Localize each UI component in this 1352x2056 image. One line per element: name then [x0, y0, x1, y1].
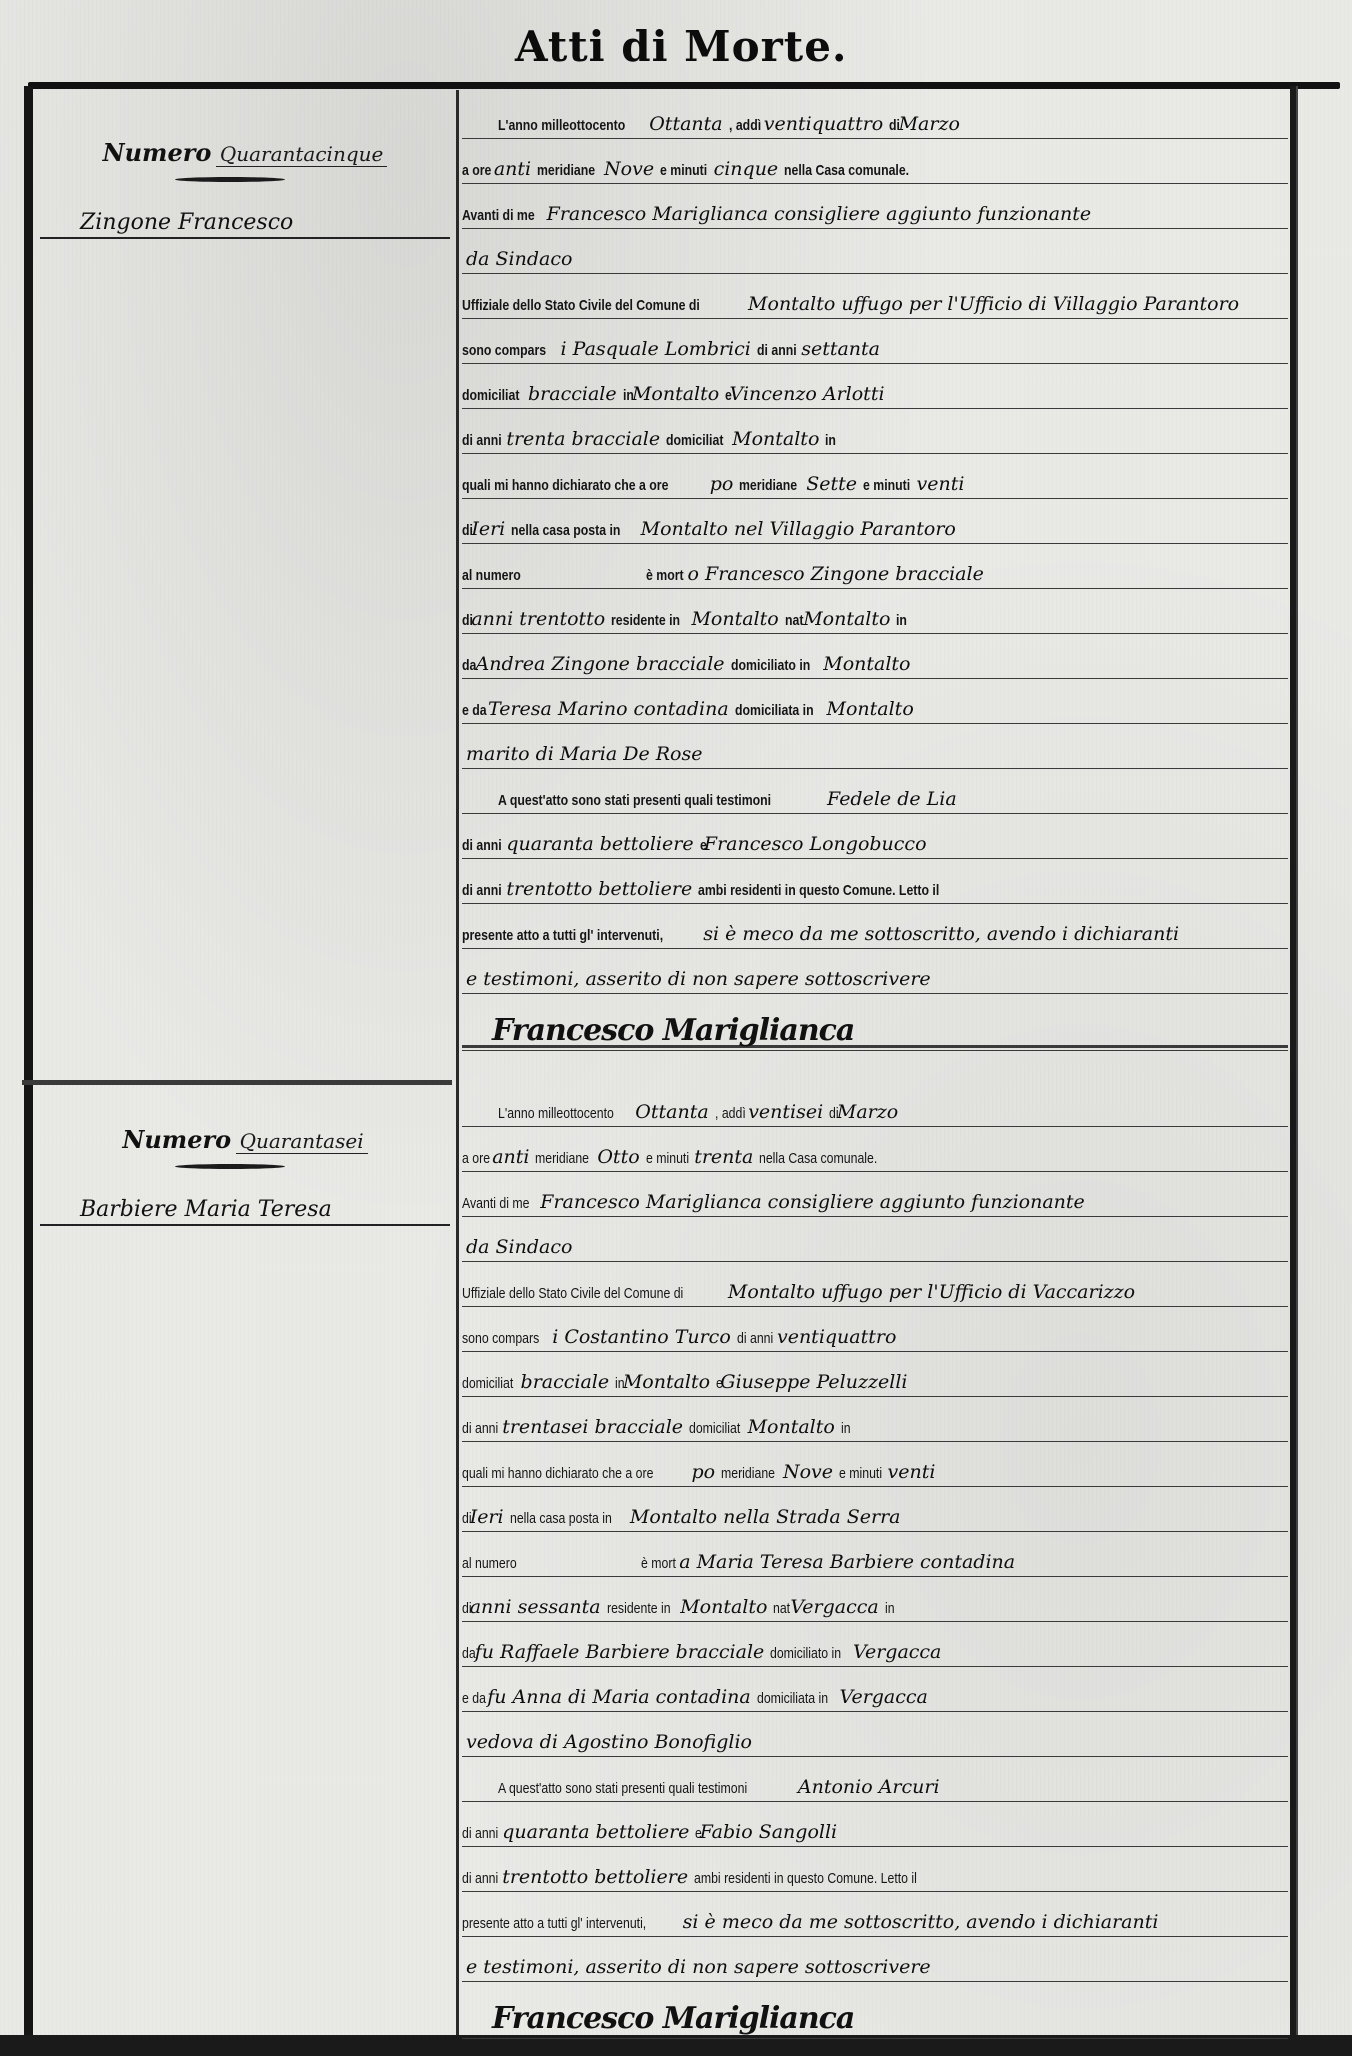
printed-label: Uffiziale dello Stato Civile del Comune …: [462, 1285, 683, 1306]
margin-record-separator: [22, 1080, 452, 1085]
officer-signature: Francesco Mariglianca: [462, 2001, 854, 2038]
printed-label: da: [462, 657, 476, 678]
printed-label: quali mi hanno dichiarato che a ore: [462, 477, 668, 498]
printed-label: , addì: [729, 117, 761, 138]
printed-label: al numero: [462, 1555, 517, 1576]
handwritten-entry: po: [687, 1461, 721, 1486]
handwritten-entry: vedova di Agostino Bonofiglio: [462, 1731, 758, 1756]
printed-label: meridiane: [739, 477, 797, 498]
printed-label: domiciliat: [462, 387, 519, 408]
form-line: a oreantimeridianeOttoe minutitrentanell…: [462, 1127, 1288, 1172]
handwritten-entry: trenta: [690, 1146, 759, 1171]
handwritten-entry: Vergacca: [786, 1596, 884, 1621]
record-number: Numero Quarantasei: [40, 1125, 450, 1154]
printed-label: meridiane: [537, 162, 595, 183]
printed-label: Avanti di me: [462, 1195, 529, 1216]
form-line: e daTeresa Marino contadinadomiciliata i…: [462, 679, 1288, 724]
column-divider: [456, 90, 459, 2050]
flourish-ornament: [175, 177, 285, 182]
printed-label: e minuti: [646, 1150, 689, 1171]
printed-label: e minuti: [863, 477, 910, 498]
death-record-1: L'anno milleottocentoOttanta, addìventiq…: [462, 94, 1288, 1051]
printed-label: in: [885, 1600, 895, 1621]
printed-label: in: [825, 432, 836, 453]
printed-label: A quest'atto sono stati presenti quali t…: [498, 1780, 747, 1801]
handwritten-entry: Montalto: [823, 698, 920, 723]
printed-label: e: [725, 387, 732, 408]
printed-label: da: [462, 1645, 476, 1666]
form-line: di annitrentotto bettoliereambi resident…: [462, 1847, 1288, 1892]
form-line: quali mi hanno dichiarato che a orepomer…: [462, 1442, 1288, 1487]
deceased-name: Barbiere Maria Teresa: [40, 1197, 450, 1226]
form-line: da Sindaco: [462, 229, 1288, 274]
form-line: presente atto a tutti gl' intervenuti,si…: [462, 1892, 1288, 1937]
printed-label: di anni: [737, 1330, 773, 1351]
handwritten-entry: Antonio Arcuri: [794, 1776, 946, 1801]
printed-label: a ore: [462, 1150, 490, 1171]
printed-label: in: [841, 1420, 851, 1441]
form-line: di annitrentotto bettoliereambi resident…: [462, 859, 1288, 904]
printed-label: nat: [773, 1600, 790, 1621]
form-line: domiciliatbraccialeinMontaltoeGiuseppe P…: [462, 1352, 1288, 1397]
handwritten-entry: Otto: [593, 1146, 645, 1171]
margin-entry-2: Numero Quarantasei Barbiere Maria Teresa: [40, 1125, 450, 1226]
form-line: L'anno milleottocentoOttanta, addìventis…: [462, 1082, 1288, 1127]
handwritten-entry: marito di Maria De Rose: [462, 743, 708, 768]
form-line: al numeroè morto Francesco Zingone bracc…: [462, 544, 1288, 589]
handwritten-entry: [526, 585, 646, 588]
death-record-2: L'anno milleottocentoOttanta, addìventis…: [462, 1082, 1288, 2039]
form-line: marito di Maria De Rose: [462, 724, 1288, 769]
handwritten-entry: Teresa Marino contadina: [484, 698, 735, 723]
handwritten-entry: Montalto: [628, 383, 725, 408]
printed-label: in: [896, 612, 907, 633]
handwritten-entry: Giuseppe Peluzzelli: [716, 1371, 913, 1396]
handwritten-entry: e testimoni, asserito di non sapere sott…: [462, 968, 937, 993]
printed-label: domiciliat: [689, 1420, 740, 1441]
handwritten-entry: trentotto bettoliere: [502, 878, 698, 903]
handwritten-entry: i Pasquale Lombrici: [557, 338, 757, 363]
printed-label: di anni: [757, 342, 797, 363]
printed-label: nella Casa comunale.: [784, 162, 909, 183]
printed-label: L'anno milleottocento: [498, 117, 625, 138]
handwritten-entry: anti: [490, 158, 537, 183]
officer-signature: Francesco Mariglianca: [462, 1013, 854, 1050]
handwritten-entry: Nove: [600, 158, 660, 183]
printed-label: di anni: [462, 837, 502, 858]
handwritten-entry: Montalto uffugo per l'Ufficio di Villagg…: [744, 293, 1245, 318]
printed-label: domiciliato in: [770, 1645, 841, 1666]
printed-label: presente atto a tutti gl' intervenuti,: [462, 927, 663, 948]
printed-label: al numero: [462, 567, 521, 588]
handwritten-entry: i Costantino Turco: [548, 1326, 737, 1351]
handwritten-entry: bracciale: [524, 383, 623, 408]
form-line: dafu Raffaele Barbiere braccialedomicili…: [462, 1622, 1288, 1667]
printed-label: domiciliat: [462, 1375, 513, 1396]
printed-label: domiciliato in: [731, 657, 810, 678]
handwritten-entry: quaranta bettoliere: [502, 833, 699, 858]
form-line: da Sindaco: [462, 1217, 1288, 1262]
printed-label: di: [829, 1105, 839, 1126]
handwritten-entry: settanta: [797, 338, 886, 363]
handwritten-entry: Ieri: [466, 1506, 510, 1531]
printed-label: A quest'atto sono stati presenti quali t…: [498, 792, 771, 813]
printed-label: meridiane: [721, 1465, 775, 1486]
form-line: A quest'atto sono stati presenti quali t…: [462, 769, 1288, 814]
handwritten-entry: fu Anna di Maria contadina: [483, 1686, 757, 1711]
handwritten-entry: Vergacca: [835, 1686, 933, 1711]
numero-label: Numero: [103, 138, 212, 167]
printed-label: , addì: [715, 1105, 746, 1126]
form-line: Uffiziale dello Stato Civile del Comune …: [462, 274, 1288, 319]
handwritten-entry: si è meco da me sottoscritto, avendo i d…: [679, 1911, 1165, 1936]
handwritten-entry: trentotto bettoliere: [498, 1866, 694, 1891]
handwritten-entry: trentasei bracciale: [498, 1416, 689, 1441]
handwritten-entry: Montalto: [728, 428, 825, 453]
handwritten-entry: Ottanta: [645, 113, 728, 138]
handwritten-entry: Montalto nel Villaggio Parantoro: [637, 518, 962, 543]
form-line: dianni trentottoresidente inMontaltonatM…: [462, 589, 1288, 634]
printed-label: Uffiziale dello Stato Civile del Comune …: [462, 297, 700, 318]
form-line: diIerinella casa posta inMontalto nel Vi…: [462, 499, 1288, 544]
form-line: al numeroè morta Maria Teresa Barbiere c…: [462, 1532, 1288, 1577]
form-line: e dafu Anna di Maria contadinadomiciliat…: [462, 1667, 1288, 1712]
handwritten-entry: a Maria Teresa Barbiere contadina: [675, 1551, 1021, 1576]
form-line: quali mi hanno dichiarato che a orepomer…: [462, 454, 1288, 499]
handwritten-entry: bracciale: [517, 1371, 616, 1396]
printed-label: presente atto a tutti gl' intervenuti,: [462, 1915, 646, 1936]
printed-label: L'anno milleottocento: [498, 1105, 614, 1126]
form-line: sono comparsi Pasquale Lombricidi annise…: [462, 319, 1288, 364]
printed-label: a ore: [462, 162, 491, 183]
handwritten-entry: fu Raffaele Barbiere bracciale: [471, 1641, 771, 1666]
printed-label: e: [695, 1825, 702, 1846]
handwritten-entry: o Francesco Zingone bracciale: [684, 563, 990, 588]
handwritten-entry: Marzo: [833, 1101, 904, 1126]
printed-label: e da: [462, 1690, 486, 1711]
handwritten-entry: Montalto: [619, 1371, 716, 1396]
handwritten-entry: Ottanta: [631, 1101, 714, 1126]
form-line: vedova di Agostino Bonofiglio: [462, 1712, 1288, 1757]
handwritten-entry: e testimoni, asserito di non sapere sott…: [462, 1956, 937, 1981]
handwritten-entry: [521, 1573, 641, 1576]
printed-label: di anni: [462, 1420, 498, 1441]
handwritten-entry: Montalto: [799, 608, 896, 633]
handwritten-entry: Francesco Mariglianca consigliere aggiun…: [543, 203, 1098, 228]
form-line: sono comparsi Costantino Turcodi anniven…: [462, 1307, 1288, 1352]
printed-label: e: [700, 837, 707, 858]
printed-label: domiciliata in: [735, 702, 814, 723]
form-line: diIerinella casa posta inMontalto nella …: [462, 1487, 1288, 1532]
printed-label: residente in: [607, 1600, 671, 1621]
printed-label: di: [462, 522, 473, 543]
printed-label: domiciliat: [666, 432, 723, 453]
form-line: A quest'atto sono stati presenti quali t…: [462, 1757, 1288, 1802]
form-line: Francesco Mariglianca: [462, 994, 1288, 1051]
printed-label: è mort: [646, 567, 684, 588]
handwritten-entry: venti: [884, 1461, 942, 1486]
printed-label: sono compars: [462, 342, 546, 363]
printed-label: residente in: [611, 612, 680, 633]
handwritten-entry: Fedele de Lia: [823, 788, 963, 813]
handwritten-entry: Montalto: [676, 1596, 773, 1621]
handwritten-entry: da Sindaco: [462, 248, 578, 273]
handwritten-entry: venti: [913, 473, 971, 498]
printed-label: e da: [462, 702, 487, 723]
printed-label: ambi residenti in questo Comune. Letto i…: [698, 882, 939, 903]
handwritten-entry: da Sindaco: [462, 1236, 578, 1261]
handwritten-entry: Nove: [779, 1461, 839, 1486]
handwritten-entry: Vincenzo Arlotti: [726, 383, 891, 408]
flourish-ornament: [175, 1164, 285, 1169]
printed-label: quali mi hanno dichiarato che a ore: [462, 1465, 653, 1486]
form-line: Avanti di meFrancesco Mariglianca consig…: [462, 184, 1288, 229]
form-line: di annitrenta braccialedomiciliatMontalt…: [462, 409, 1288, 454]
handwritten-entry: ventiquattro: [773, 1326, 902, 1351]
form-line: di anniquaranta bettoliereeFrancesco Lon…: [462, 814, 1288, 859]
handwritten-entry: anni sessanta: [466, 1596, 607, 1621]
form-line: e testimoni, asserito di non sapere sott…: [462, 1937, 1288, 1982]
printed-label: in: [623, 387, 634, 408]
form-line: di annitrentasei braccialedomiciliatMont…: [462, 1397, 1288, 1442]
printed-label: meridiane: [535, 1150, 589, 1171]
printed-label: Avanti di me: [462, 207, 535, 228]
handwritten-entry: Francesco Mariglianca consigliere aggiun…: [536, 1191, 1091, 1216]
printed-label: domiciliata in: [757, 1690, 828, 1711]
form-line: Avanti di meFrancesco Mariglianca consig…: [462, 1172, 1288, 1217]
record-number: Numero Quarantacinque: [40, 138, 450, 167]
printed-label: ambi residenti in questo Comune. Letto i…: [694, 1870, 917, 1891]
printed-label: di: [889, 117, 900, 138]
printed-label: di anni: [462, 1870, 498, 1891]
form-line: di anniquaranta bettoliereeFabio Sangoll…: [462, 1802, 1288, 1847]
handwritten-entry: anni trentotto: [467, 608, 611, 633]
handwritten-entry: si è meco da me sottoscritto, avendo i d…: [699, 923, 1185, 948]
form-line: dianni sessantaresidente inMontaltonatVe…: [462, 1577, 1288, 1622]
handwritten-entry: Fabio Sangolli: [696, 1821, 843, 1846]
form-line: e testimoni, asserito di non sapere sott…: [462, 949, 1288, 994]
printed-label: sono compars: [462, 1330, 539, 1351]
numero-label: Numero: [122, 1125, 231, 1154]
printed-label: nella casa posta in: [511, 522, 620, 543]
numero-value: Quarantacinque: [216, 142, 388, 167]
printed-label: di: [462, 1510, 472, 1531]
form-line: domiciliatbraccialeinMontaltoeVincenzo A…: [462, 364, 1288, 409]
handwritten-entry: Montalto: [819, 653, 916, 678]
printed-label: di anni: [462, 882, 502, 903]
form-line: Uffiziale dello Stato Civile del Comune …: [462, 1262, 1288, 1307]
printed-label: di anni: [462, 1825, 498, 1846]
handwritten-entry: Montalto: [687, 608, 784, 633]
printed-label: e minuti: [660, 162, 707, 183]
handwritten-entry: Vergacca: [849, 1641, 947, 1666]
page-frame-right: [1290, 86, 1298, 2051]
handwritten-entry: Sette: [802, 473, 863, 498]
handwritten-entry: ventiquattro: [760, 113, 889, 138]
numero-value: Quarantasei: [236, 1129, 368, 1154]
handwritten-entry: Francesco Longobucco: [700, 833, 933, 858]
page-title: Atti di Morte.: [515, 22, 848, 71]
printed-label: è mort: [641, 1555, 676, 1576]
printed-label: in: [615, 1375, 625, 1396]
printed-label: di: [462, 612, 473, 633]
handwritten-entry: quaranta bettoliere: [498, 1821, 695, 1846]
margin-entry-1: Numero Quarantacinque Zingone Francesco: [40, 138, 450, 239]
handwritten-entry: trenta bracciale: [502, 428, 666, 453]
printed-label: e minuti: [839, 1465, 882, 1486]
form-line: daAndrea Zingone braccialedomiciliato in…: [462, 634, 1288, 679]
printed-label: di anni: [462, 432, 502, 453]
handwritten-entry: Montalto uffugo per l'Ufficio di Vaccari…: [724, 1281, 1141, 1306]
handwritten-entry: Andrea Zingone bracciale: [472, 653, 731, 678]
handwritten-entry: ventisei: [744, 1101, 829, 1126]
printed-label: nella casa posta in: [510, 1510, 612, 1531]
handwritten-entry: Montalto: [744, 1416, 841, 1441]
handwritten-entry: Montalto nella Strada Serra: [626, 1506, 907, 1531]
printed-label: nat: [785, 612, 803, 633]
handwritten-entry: Marzo: [895, 113, 966, 138]
printed-label: nella Casa comunale.: [759, 1150, 877, 1171]
printed-label: e: [716, 1375, 723, 1396]
form-line: presente atto a tutti gl' intervenuti,si…: [462, 904, 1288, 949]
handwritten-entry: anti: [488, 1146, 535, 1171]
form-line: Francesco Mariglianca: [462, 1982, 1288, 2039]
handwritten-entry: po: [706, 473, 740, 498]
header-rule: [28, 82, 1340, 89]
handwritten-entry: cinque: [710, 158, 785, 183]
deceased-name: Zingone Francesco: [40, 210, 450, 239]
page-frame-left: [24, 86, 33, 2051]
form-line: a oreantimeridianeNovee minuticinquenell…: [462, 139, 1288, 184]
printed-label: di: [462, 1600, 472, 1621]
form-line: L'anno milleottocentoOttanta, addìventiq…: [462, 94, 1288, 139]
handwritten-entry: Ieri: [467, 518, 511, 543]
